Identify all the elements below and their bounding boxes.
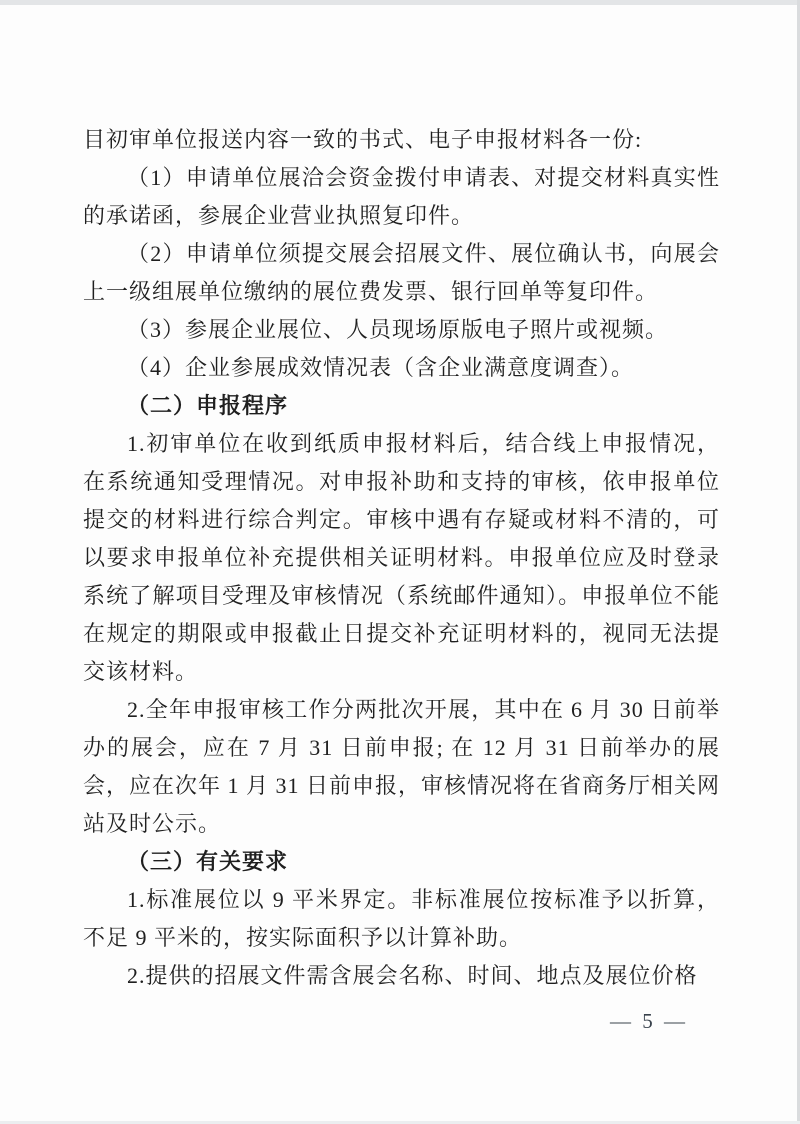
- para-requirement-item-1: 1.标准展位以 9 平米界定。非标准展位按标准予以折算，不足 9 平米的，按实际…: [83, 881, 720, 957]
- page-number: — 5 —: [610, 1006, 688, 1036]
- heading-section-2-application-procedure: （二）申报程序: [83, 387, 720, 425]
- scan-edge-top: [0, 0, 800, 5]
- para-procedure-item-2: 2.全年申报审核工作分两批次开展，其中在 6 月 30 日前举办的展会，应在 7…: [83, 691, 720, 843]
- para-requirement-item-2: 2.提供的招展文件需含展会名称、时间、地点及展位价格: [83, 957, 720, 995]
- para-material-item-3: （3）参展企业展位、人员现场原版电子照片或视频。: [83, 311, 720, 349]
- para-material-item-4: （4）企业参展成效情况表（含企业满意度调查）。: [83, 349, 720, 387]
- document-body: 目初审单位报送内容一致的书式、电子申报材料各一份: （1）申请单位展洽会资金拨付…: [83, 121, 720, 995]
- scanned-document-page: 目初审单位报送内容一致的书式、电子申报材料各一份: （1）申请单位展洽会资金拨付…: [0, 0, 800, 1124]
- para-material-item-2: （2）申请单位须提交展会招展文件、展位确认书，向展会上一级组展单位缴纳的展位费发…: [83, 235, 720, 311]
- para-procedure-item-1: 1.初审单位在收到纸质申报材料后，结合线上申报情况，在系统通知受理情况。对申报补…: [83, 425, 720, 691]
- para-material-item-1: （1）申请单位展洽会资金拨付申请表、对提交材料真实性的承诺函，参展企业营业执照复…: [83, 159, 720, 235]
- heading-section-3-requirements: （三）有关要求: [83, 843, 720, 881]
- para-intro-continuation: 目初审单位报送内容一致的书式、电子申报材料各一份:: [83, 121, 720, 159]
